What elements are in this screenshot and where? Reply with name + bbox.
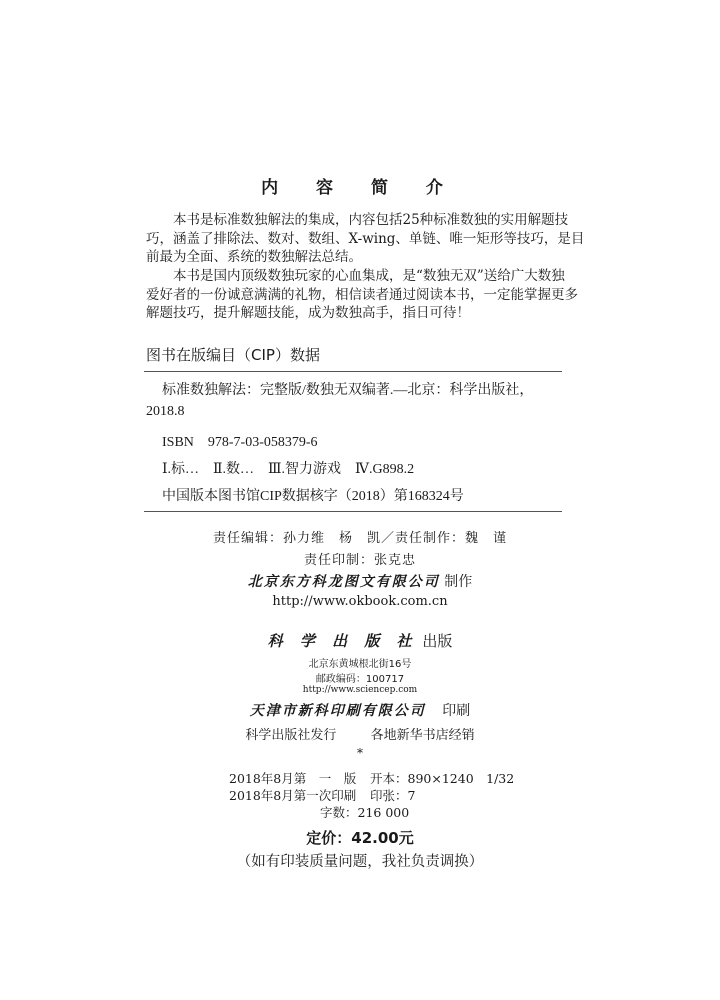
summary-paragraph-2: 本书是国内顶级数独玩家的心血集成，是“数独无双”送给广大数独 爱好者的一份诚意满… [146, 267, 564, 323]
summary-paragraph-2-line: 本书是国内顶级数独玩家的心血集成，是“数独无双”送给广大数独 [146, 267, 564, 286]
cip-date-line: 2018.8 [146, 404, 185, 420]
cip-classification: Ⅰ.标… Ⅱ.数… Ⅲ.智力游戏 Ⅳ.G898.2 [162, 458, 414, 478]
producer-company: 北京东方科龙图文有限公司 [248, 574, 440, 590]
printer-name: 天津市新科印刷有限公司 [250, 703, 426, 719]
summary-paragraph-2-line: 爱好者的一份诚意满满的礼物，相信读者通过阅读本书，一定能掌握更多 [146, 286, 564, 305]
summary-paragraph-1: 本书是标准数独解法的集成，内容包括25种标准数独的实用解题技 巧，涵盖了排除法、… [146, 211, 564, 267]
publisher-postcode: 邮政编码：100717 [0, 670, 720, 685]
distribution-line: 科学出版社发行 各地新华书店经销 [0, 724, 720, 743]
summary-paragraph-1-line: 前最为全面、系统的数独解法总结。 [146, 248, 564, 267]
sheets-line: 印张：7 [370, 786, 415, 804]
distribution-seller: 各地新华书店经销 [371, 728, 475, 743]
printer-suffix: 印刷 [442, 703, 470, 719]
cip-bottom-divider [144, 511, 562, 512]
producer-suffix: 制作 [444, 574, 472, 590]
publisher-suffix: 出版 [422, 632, 452, 650]
publisher-address: 北京东黄城根北街16号 [0, 655, 720, 670]
cip-isbn: ISBN 978-7-03-058379-6 [162, 431, 318, 451]
print-supervisor-credit: 责任印制：张克忠 [0, 549, 720, 568]
producer-url: http://www.okbook.com.cn [0, 594, 720, 609]
editors-credit: 责任编辑：孙力维 杨 凯／责任制作：魏 谨 [0, 527, 720, 546]
word-count: 字数：216 000 [320, 803, 409, 821]
summary-paragraph-1-line: 本书是标准数独解法的集成，内容包括25种标准数独的实用解题技 [146, 211, 564, 230]
summary-paragraph-2-line: 解题技巧，提升解题技能，成为数独高手，指日可待！ [146, 304, 564, 323]
publisher-url: http://www.sciencep.com [0, 685, 720, 695]
cip-top-divider [144, 371, 562, 372]
price-note: （如有印装质量问题，我社负责调换） [0, 850, 720, 871]
edition-line: 2018年8月第 一 版 [229, 769, 356, 787]
format-line: 开本：890×1240 1/32 [370, 769, 514, 787]
cip-heading: 图书在版编目（CIP）数据 [146, 344, 320, 365]
distribution-issuer: 科学出版社发行 [245, 728, 336, 743]
producer-line: 北京东方科龙图文有限公司 制作 [0, 571, 720, 591]
cip-title-line: 标准数独解法：完整版/数独无双编著.—北京：科学出版社， [162, 379, 533, 399]
printer-line: 天津市新科印刷有限公司 印刷 [0, 700, 720, 720]
summary-paragraph-1-line: 巧，涵盖了排除法、数对、数组、X-wing、单链、唯一矩形等技巧，是目 [146, 230, 564, 249]
cip-record-number: 中国版本图书馆CIP数据核字（2018）第168324号 [162, 485, 464, 505]
separator-asterisk: * [0, 746, 720, 760]
publisher-name: 科 学 出 版 社 [268, 632, 418, 650]
publisher-line: 科 学 出 版 社 出版 [0, 630, 720, 651]
printing-line: 2018年8月第一次印刷 [229, 786, 356, 804]
price-label: 定价：42.00元 [0, 827, 720, 848]
summary-title: 内 容 简 介 [0, 173, 720, 198]
